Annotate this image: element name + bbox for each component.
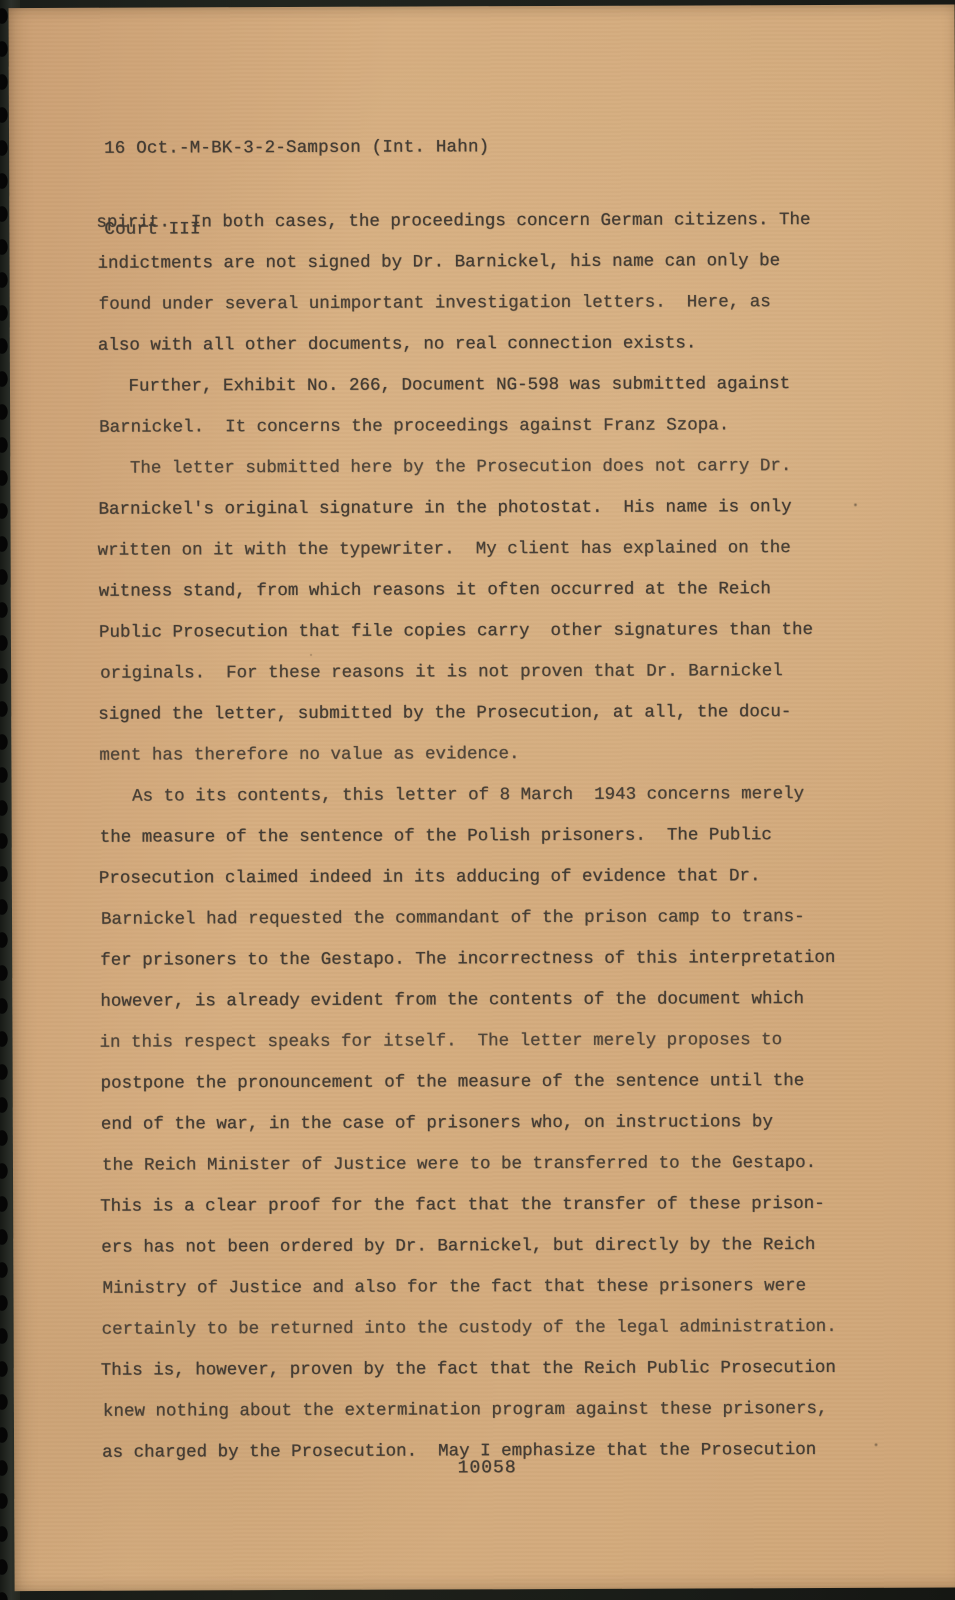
text-line: the Reich Minister of Justice were to be… xyxy=(102,1143,902,1187)
document-scan: 16 Oct.-M-BK-3-2-Sampson (Int. Hahn) Cou… xyxy=(0,0,955,1600)
text-line: end of the war, in the case of prisoners… xyxy=(101,1102,901,1146)
text-line: found under several unimportant investig… xyxy=(99,282,899,326)
text-line: in this respect speaks for itself. The l… xyxy=(99,1020,899,1064)
text-line: also with all other documents, no real c… xyxy=(98,323,898,367)
text-line: originals. For these reasons it is not p… xyxy=(100,651,900,695)
text-line: the measure of the sentence of the Polis… xyxy=(100,815,900,859)
text-line: postpone the pronouncement of the measur… xyxy=(101,1061,901,1105)
text-line: ment has therefore no value as evidence. xyxy=(99,733,899,777)
text-line: Public Prosecution that file copies carr… xyxy=(99,610,899,654)
text-line: The letter submitted here by the Prosecu… xyxy=(98,446,898,490)
header-reference-line: 16 Oct.-M-BK-3-2-Sampson (Int. Hahn) xyxy=(104,134,489,162)
text-line: knew nothing about the extermination pro… xyxy=(103,1389,903,1433)
text-line: however, is already evident from the con… xyxy=(100,979,900,1023)
text-line: indictments are not signed by Dr. Barnic… xyxy=(97,241,897,285)
text-line: Prosecution claimed indeed in its adduci… xyxy=(99,856,899,900)
text-line: Barnickel. It concerns the proceedings a… xyxy=(99,405,899,449)
text-line: Barnickel's original signature in the ph… xyxy=(98,487,898,531)
text-line: spirit. In both cases, the proceedings c… xyxy=(96,200,896,244)
text-line: As to its contents, this letter of 8 Mar… xyxy=(100,774,900,818)
text-line: certainly to be returned into the custod… xyxy=(102,1307,902,1351)
text-line: ers has not been ordered by Dr. Barnicke… xyxy=(101,1225,901,1269)
text-line: signed the letter, submitted by the Pros… xyxy=(98,692,898,736)
body-text: spirit. In both cases, the proceedings c… xyxy=(97,200,902,1474)
text-line: witness stand, from which reasons it oft… xyxy=(99,569,899,613)
paper-page: 16 Oct.-M-BK-3-2-Sampson (Int. Hahn) Cou… xyxy=(9,4,955,1591)
page-number: 10058 xyxy=(14,1456,955,1480)
text-line: fer prisoners to the Gestapo. The incorr… xyxy=(100,938,900,982)
text-line: Ministry of Justice and also for the fac… xyxy=(102,1266,902,1310)
text-line: Further, Exhibit No. 266, Document NG-59… xyxy=(97,364,897,408)
text-line: This is a clear proof for the fact that … xyxy=(100,1184,900,1228)
text-line: Barnickel had requested the commandant o… xyxy=(101,897,901,941)
text-line: This is, however, proven by the fact tha… xyxy=(101,1348,901,1392)
text-line: written on it with the typewriter. My cl… xyxy=(98,528,898,572)
